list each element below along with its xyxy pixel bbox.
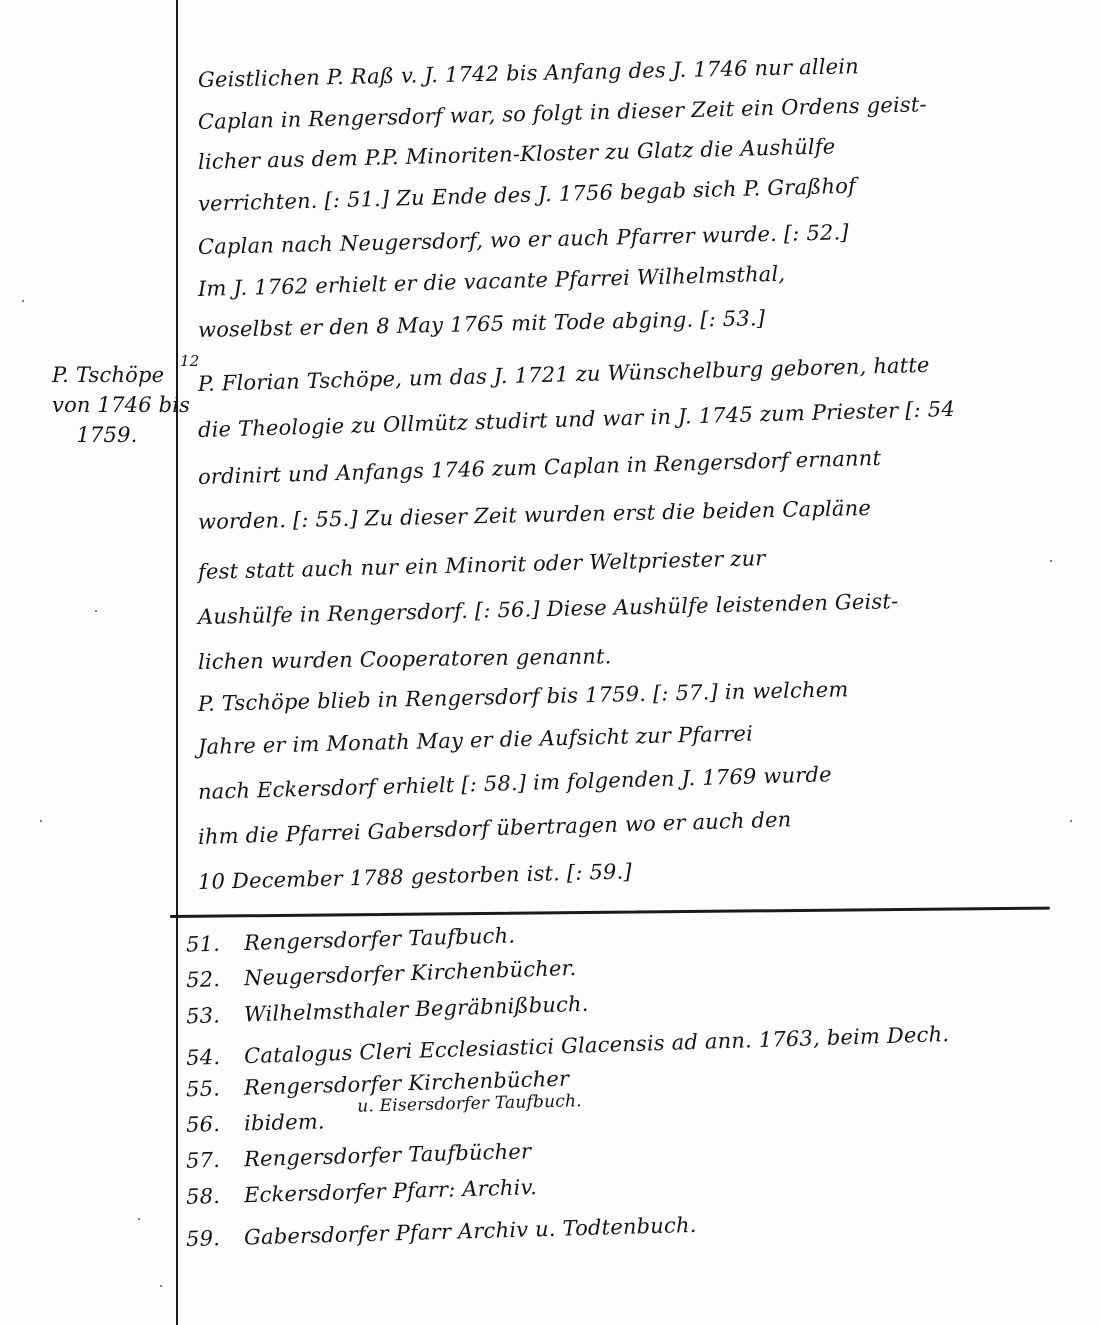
footnote: 59.Gabersdorfer Pfarr Archiv u. Todtenbu… — [186, 1213, 697, 1251]
footnote-text: ibidem. — [244, 1109, 325, 1135]
footnote: 58.Eckersdorfer Pfarr: Archiv. — [186, 1175, 538, 1209]
body-line: Caplan in Rengersdorf war, so folgt in d… — [198, 92, 927, 134]
footnote-number: 55. — [186, 1076, 245, 1102]
body-line: nach Eckersdorf erhielt [: 58.] im folge… — [198, 762, 832, 804]
footnote: 56.ibidem. u. Eisersdorfer Taufbuch. — [186, 1103, 583, 1137]
footnote-number: 58. — [186, 1183, 245, 1209]
body-line: Aushülfe in Rengersdorf. [: 56.] Diese A… — [198, 589, 899, 629]
footnote-number: 53. — [186, 1003, 245, 1029]
margin-note-line: P. Tschöpe — [52, 360, 162, 390]
footnote-text: Wilhelmsthaler Begräbnißbuch. — [244, 992, 589, 1027]
body-line: Caplan nach Neugersdorf, wo er auch Pfar… — [198, 220, 849, 259]
scan-speck — [1070, 820, 1072, 822]
body-line: licher aus dem P.P. Minoriten-Kloster zu… — [198, 134, 836, 174]
body-line: woselbst er den 8 May 1765 mit Tode abgi… — [198, 306, 766, 342]
footnote-text: Gabersdorfer Pfarr Archiv u. Todtenbuch. — [244, 1213, 697, 1250]
body-line: P. Florian Tschöpe, um das J. 1721 zu Wü… — [198, 353, 930, 396]
footnote-number: 51. — [186, 931, 245, 957]
footnote-text: Rengersdorfer Taufbücher — [244, 1139, 532, 1171]
scan-speck — [95, 610, 97, 612]
body-line: Jahre er im Monath May er die Aufsicht z… — [198, 721, 754, 759]
footnote-text: Rengersdorfer Taufbuch. — [244, 923, 516, 955]
body-line: worden. [: 55.] Zu dieser Zeit wurden er… — [198, 496, 871, 534]
entry-number: 12 — [180, 352, 200, 370]
body-line: lichen wurden Cooperatoren genannt. — [198, 644, 612, 674]
footnote-number: 57. — [186, 1147, 245, 1173]
body-line: Im J. 1762 erhielt er die vacante Pfarre… — [198, 262, 786, 301]
footnote: 52.Neugersdorfer Kirchenbücher. — [186, 956, 577, 992]
footnote-number: 59. — [186, 1226, 245, 1252]
margin-note-line: von 1746 bis — [52, 390, 162, 420]
footnote-text: Eckersdorfer Pfarr: Archiv. — [244, 1175, 538, 1207]
body-line: ihm die Pfarrei Gabersdorf übertragen wo… — [198, 807, 792, 849]
margin-rule — [176, 0, 178, 1325]
scan-speck — [138, 1218, 140, 1220]
body-line: fest statt auch nur ein Minorit oder Wel… — [198, 546, 766, 584]
body-line: P. Tschöpe blieb in Rengersdorf bis 1759… — [198, 677, 849, 716]
scan-speck — [40, 820, 42, 822]
footnote-text: Neugersdorfer Kirchenbücher. — [244, 956, 577, 990]
footnote-text: Catalogus Cleri Ecclesiastici Glacensis … — [244, 1022, 950, 1068]
footnote: 54.Catalogus Cleri Ecclesiastici Glacens… — [186, 1022, 950, 1070]
footnote: 53.Wilhelmsthaler Begräbnißbuch. — [186, 992, 589, 1029]
footnote-separator — [170, 907, 1050, 918]
margin-note-line: 1759. — [52, 420, 162, 450]
footnote-insertion: u. Eisersdorfer Taufbuch. — [357, 1091, 582, 1116]
margin-note: P. Tschöpe von 1746 bis 1759. — [52, 360, 162, 450]
body-line: Geistlichen P. Raß v. J. 1742 bis Anfang… — [198, 54, 859, 92]
scan-speck — [22, 300, 24, 302]
body-line: ordinirt und Anfangs 1746 zum Caplan in … — [198, 446, 882, 489]
footnote: 51.Rengersdorfer Taufbuch. — [186, 923, 516, 956]
body-line: verrichten. [: 51.] Zu Ende des J. 1756 … — [198, 174, 857, 216]
footnote-number: 52. — [186, 966, 245, 992]
footnote-number: 54. — [186, 1044, 245, 1070]
footnote: 57.Rengersdorfer Taufbücher — [186, 1139, 532, 1173]
body-line: 10 December 1788 gestorben ist. [: 59.] — [198, 859, 632, 894]
scan-speck — [160, 1285, 162, 1287]
footnote-number: 56. — [186, 1111, 245, 1136]
body-line: die Theologie zu Ollmütz studirt und war… — [198, 397, 956, 442]
manuscript-page: P. Tschöpe von 1746 bis 1759. 12 Geistli… — [0, 0, 1100, 1325]
scan-speck — [1050, 560, 1052, 562]
